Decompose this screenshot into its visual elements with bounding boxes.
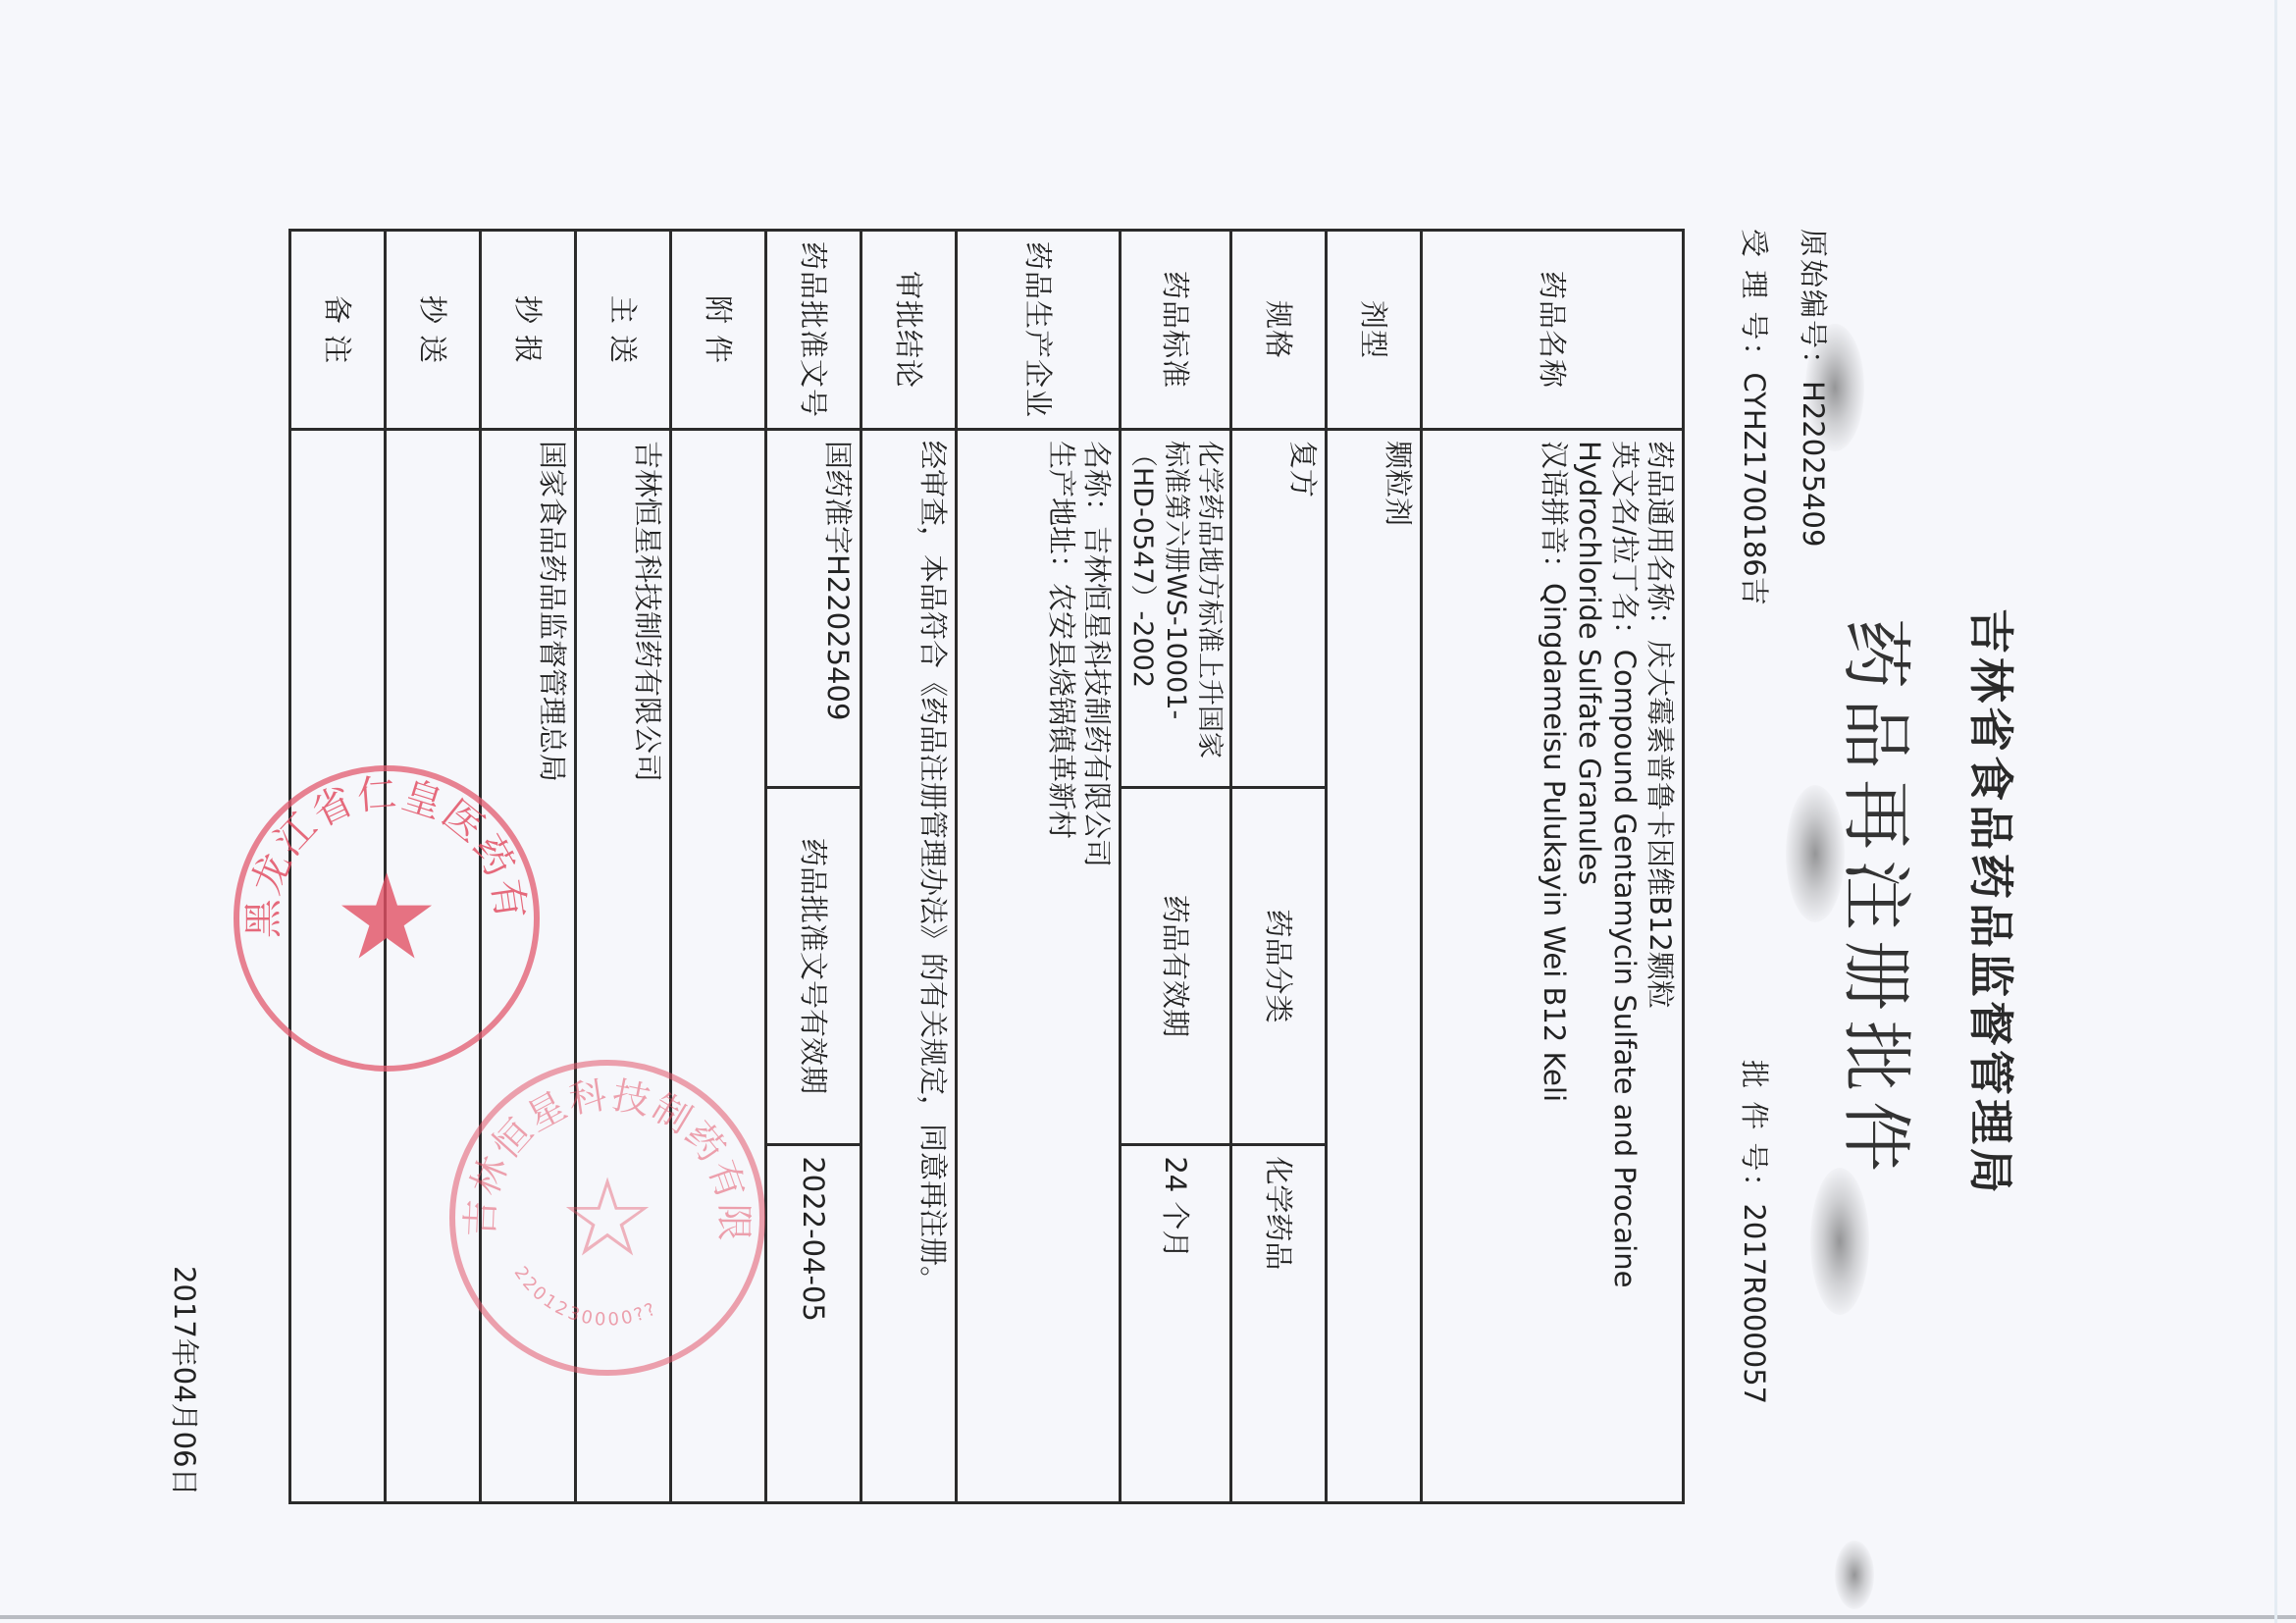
row-drug-standard: 药品标准 化学药品地方标准上升国家标准第六册WS-10001-（HD-0547）… bbox=[1121, 231, 1231, 1503]
original-number: 原始编号：H22025409 bbox=[1795, 229, 1835, 547]
acceptance-number-label: 受 理 号： bbox=[1738, 229, 1771, 372]
issuing-agency: 吉林省食品药品监督管理局 bbox=[1961, 608, 2026, 1197]
value-conclusion: 经审查，本品符合《药品注册管理办法》的有关规定，同意再注册。 bbox=[861, 430, 957, 1503]
label-main-recipient: 主 送 bbox=[576, 231, 671, 430]
star-icon: ☆ bbox=[559, 1164, 656, 1272]
pinyin-name: 汉语拼音：Qingdameisu Pulukayin Wei B12 Keli bbox=[1537, 441, 1572, 1492]
row-manufacturer: 药品生产企业 名称：吉林恒星科技制药有限公司 生产地址：农安县烧锅镇革新村 bbox=[957, 231, 1121, 1503]
label-drug-standard: 药品标准 bbox=[1121, 231, 1231, 430]
value-specification: 复方 bbox=[1231, 430, 1327, 788]
value-shelf-life: 24 个月 bbox=[1121, 1145, 1231, 1503]
seal-jilin-hengxing: 吉林恒星科技制药有限公司 2201230000?? ☆ bbox=[449, 1060, 765, 1376]
row-conclusion: 审批结论 经审查，本品符合《药品注册管理办法》的有关规定，同意再注册。 bbox=[861, 231, 957, 1503]
value-drug-standard: 化学药品地方标准上升国家标准第六册WS-10001-（HD-0547）-2002 bbox=[1121, 430, 1231, 788]
row-specification: 规格 复方 药品分类 化学药品 bbox=[1231, 231, 1327, 1503]
row-dosage-form: 剂型 颗粒剂 bbox=[1327, 231, 1422, 1503]
acceptance-number-value: CYHZ1700186吉 bbox=[1738, 372, 1771, 604]
star-icon: ★ bbox=[334, 860, 440, 977]
seal-heilongjiang-renhuang: 黑龙江省仁皇医药有限公司 ★ bbox=[234, 765, 540, 1072]
value-drug-category: 化学药品 bbox=[1231, 1145, 1327, 1503]
label-report-to: 抄 报 bbox=[481, 231, 576, 430]
label-specification: 规格 bbox=[1231, 231, 1327, 430]
row-drug-name: 药品名称 药品通用名称：庆大霉素普鲁卡因维B12颗粒 英文名/拉丁名：Compo… bbox=[1422, 231, 1684, 1503]
value-dosage-form: 颗粒剂 bbox=[1327, 430, 1422, 1503]
label-attachment: 附 件 bbox=[671, 231, 766, 430]
label-approval-validity: 药品批准文号有效期 bbox=[766, 787, 861, 1145]
value-drug-name: 药品通用名称：庆大霉素普鲁卡因维B12颗粒 英文名/拉丁名：Compound G… bbox=[1422, 430, 1684, 1503]
manufacturer-address: 生产地址：农安县烧锅镇革新村 bbox=[1044, 441, 1079, 1492]
approval-doc-number-value: 2017R000057 bbox=[1738, 1203, 1771, 1404]
value-approval-validity: 2022-04-05 bbox=[766, 1145, 861, 1503]
approval-doc-number: 批 件 号：2017R000057 bbox=[1736, 1060, 1776, 1404]
label-drug-category: 药品分类 bbox=[1231, 787, 1327, 1145]
acceptance-number: 受 理 号：CYHZ1700186吉 bbox=[1736, 229, 1776, 605]
label-approval-number: 药品批准文号 bbox=[766, 231, 861, 430]
label-shelf-life: 药品有效期 bbox=[1121, 787, 1231, 1145]
original-number-value: H22025409 bbox=[1797, 381, 1830, 547]
manufacturer-name: 名称：吉林恒星科技制药有限公司 bbox=[1079, 441, 1115, 1492]
label-conclusion: 审批结论 bbox=[861, 231, 957, 430]
original-number-label: 原始编号： bbox=[1797, 229, 1830, 381]
row-approval-number: 药品批准文号 国药准字H22025409 药品批准文号有效期 2022-04-0… bbox=[766, 231, 861, 1503]
label-remarks: 备 注 bbox=[290, 231, 386, 430]
generic-name: 药品通用名称：庆大霉素普鲁卡因维B12颗粒 bbox=[1643, 441, 1678, 1492]
english-name: 英文名/拉丁名：Compound Gentamycin Sulfate and … bbox=[1572, 441, 1643, 1492]
label-drug-name: 药品名称 bbox=[1422, 231, 1684, 430]
document-title: 药品再注册批件 bbox=[1831, 618, 1933, 1181]
label-dosage-form: 剂型 bbox=[1327, 231, 1422, 430]
approval-doc-number-label: 批 件 号： bbox=[1738, 1060, 1771, 1203]
scan-smudge bbox=[1810, 1168, 1869, 1315]
label-manufacturer: 药品生产企业 bbox=[957, 231, 1121, 430]
issue-date: 2017年04月06日 bbox=[166, 1266, 206, 1496]
value-approval-number: 国药准字H22025409 bbox=[766, 430, 861, 788]
value-manufacturer: 名称：吉林恒星科技制药有限公司 生产地址：农安县烧锅镇革新村 bbox=[957, 430, 1121, 1503]
scan-smudge bbox=[1835, 1541, 1874, 1609]
label-copy-to: 抄 送 bbox=[386, 231, 481, 430]
approval-document: 吉林省食品药品监督管理局 药品再注册批件 原始编号：H22025409 受 理 … bbox=[0, 0, 2296, 1623]
